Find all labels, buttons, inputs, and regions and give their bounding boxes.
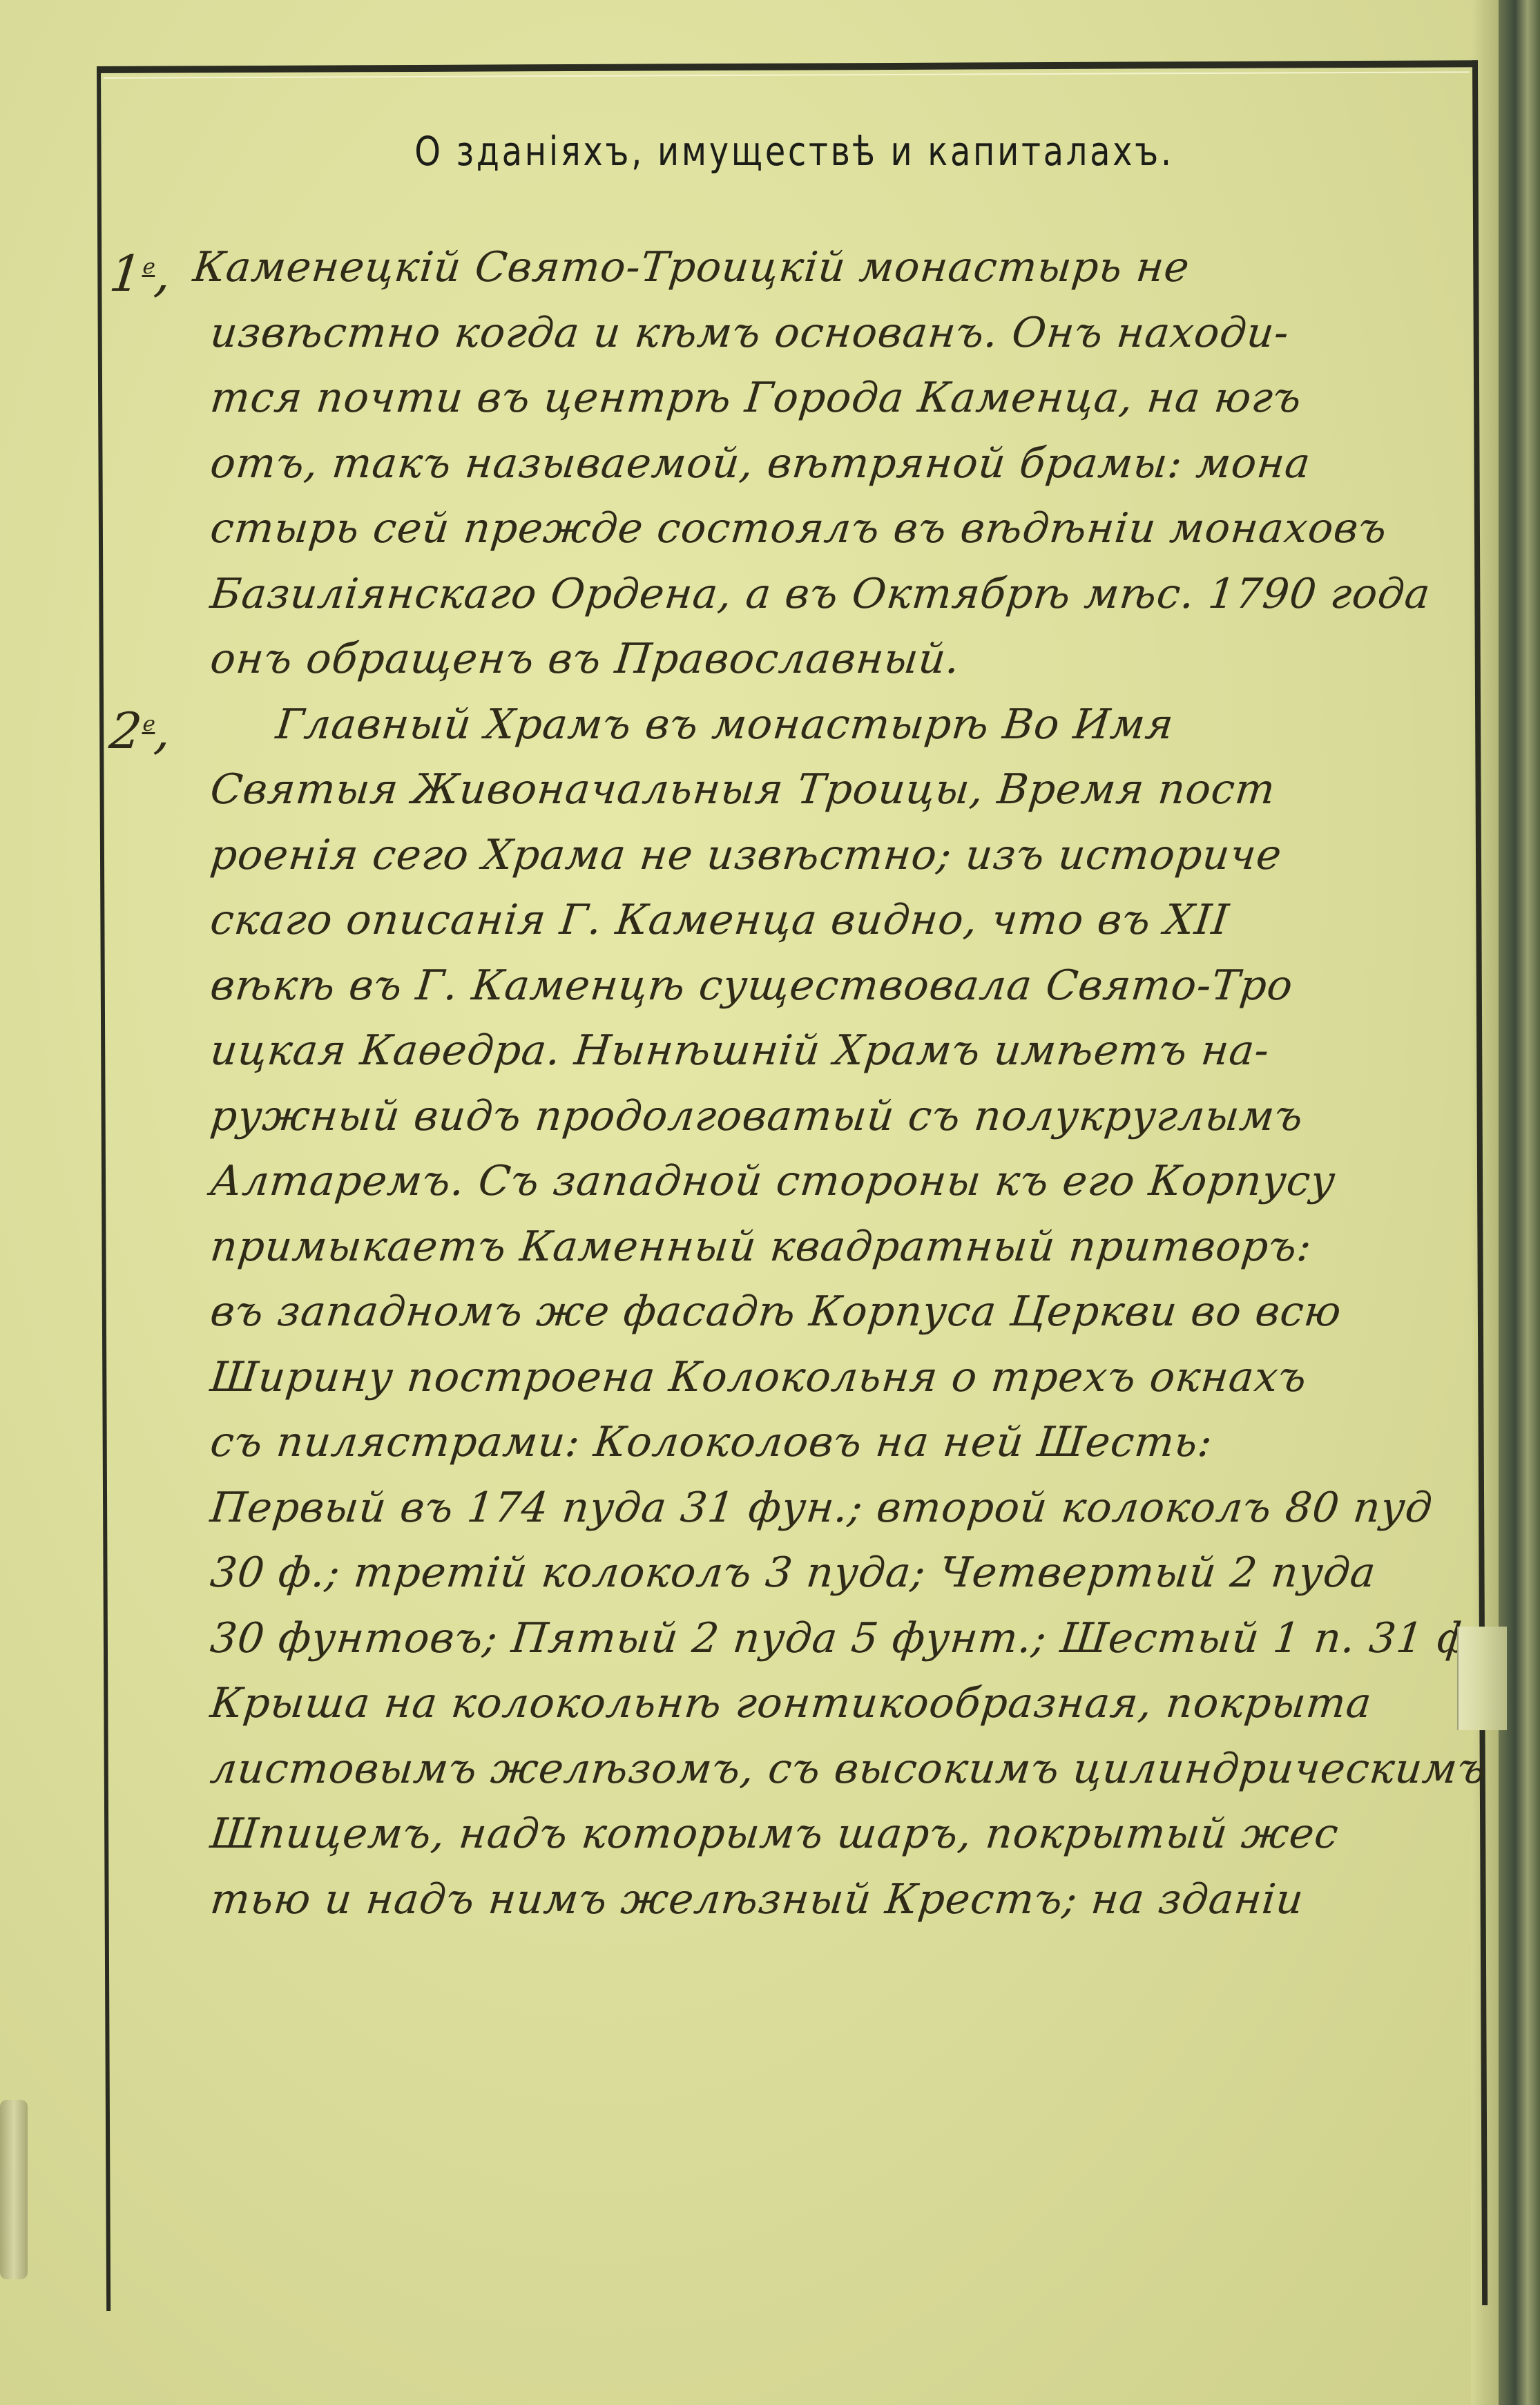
item-2-line-15: 30 фунтовъ; Пятый 2 пуда 5 фунт.; Шестый… [107,1606,1481,1671]
binding-shadow [1499,0,1540,2405]
item-1-line-4: отъ, такъ называемой, вѣтряной брамы: мо… [107,431,1481,497]
item-2-line-18: Шпицемъ, надъ которымъ шаръ, покрытый же… [107,1801,1481,1867]
item-2-line-19: тью и надъ нимъ желѣзный Крестъ; на здан… [107,1867,1481,1933]
item-number-2: 2е, [106,692,175,764]
item-2-line-2: Святыя Живоначальныя Троицы, Время пост [107,757,1481,823]
binding-thread [0,2100,28,2279]
item-1-line-6: Базиліянскаго Ордена, а въ Октябрѣ мѣс. … [107,562,1481,627]
item-2-line-13: Первый въ 174 пуда 31 фун.; второй колок… [107,1475,1481,1541]
item-2-line-4: скаго описанія Г. Каменца видно, что въ … [107,888,1481,953]
item-2-line-12: съ пилястрами: Колоколовъ на ней Шесть: [107,1410,1481,1475]
item-1-line-5: стырь сей прежде состоялъ въ вѣдѣніи мон… [107,496,1481,562]
item-2-line-8: Алтаремъ. Съ западной стороны къ его Кор… [107,1149,1481,1214]
item-1-line-3: тся почти въ центрѣ Города Каменца, на ю… [107,365,1481,431]
item-number-1: 1е, [106,235,175,307]
item-1-line-7: онъ обращенъ въ Православный. [107,626,1481,692]
item-2-line-17: листовымъ желѣзомъ, съ высокимъ цилиндри… [107,1736,1481,1802]
item-2-line-6: ицкая Каѳедра. Нынѣшній Храмъ имѣетъ на- [107,1018,1481,1084]
item-1-line-2: извѣстно когда и кѣмъ основанъ. Онъ нахо… [107,300,1481,366]
item-2-line-11: Ширину построена Колокольня о трехъ окна… [107,1345,1481,1410]
handwritten-body: 1е, Каменецкій Свято-Троицкій монастырь … [110,235,1478,1932]
item-1-line-1: 1е, Каменецкій Свято-Троицкій монастырь … [107,235,1481,300]
item-2-line-14: 30 ф.; третій колоколъ 3 пуда; Четвертый… [107,1540,1481,1606]
item-2-line-10: въ западномъ же фасадѣ Корпуса Церкви во… [107,1279,1481,1345]
item-2-line-1: 2е, Главный Храмъ въ монастырѣ Во Имя [107,692,1481,758]
item-2-line-5: вѣкѣ въ Г. Каменцѣ существовала Свято-Тр… [107,953,1481,1019]
item-2-line-16: Крыша на колокольнѣ гонтикообразная, пок… [107,1671,1481,1736]
item-2-line-9: примыкаетъ Каменный квадратный притворъ: [107,1214,1481,1280]
item-2-line-3: роенія сего Храма не извѣстно; изъ истор… [107,823,1481,888]
page-heading: О зданіяхъ, имуществѣ и капиталахъ. [184,128,1404,175]
torn-paper-tab [1457,1627,1507,1730]
item-2-line-7: ружный видъ продолговатый съ полукруглым… [107,1084,1481,1149]
